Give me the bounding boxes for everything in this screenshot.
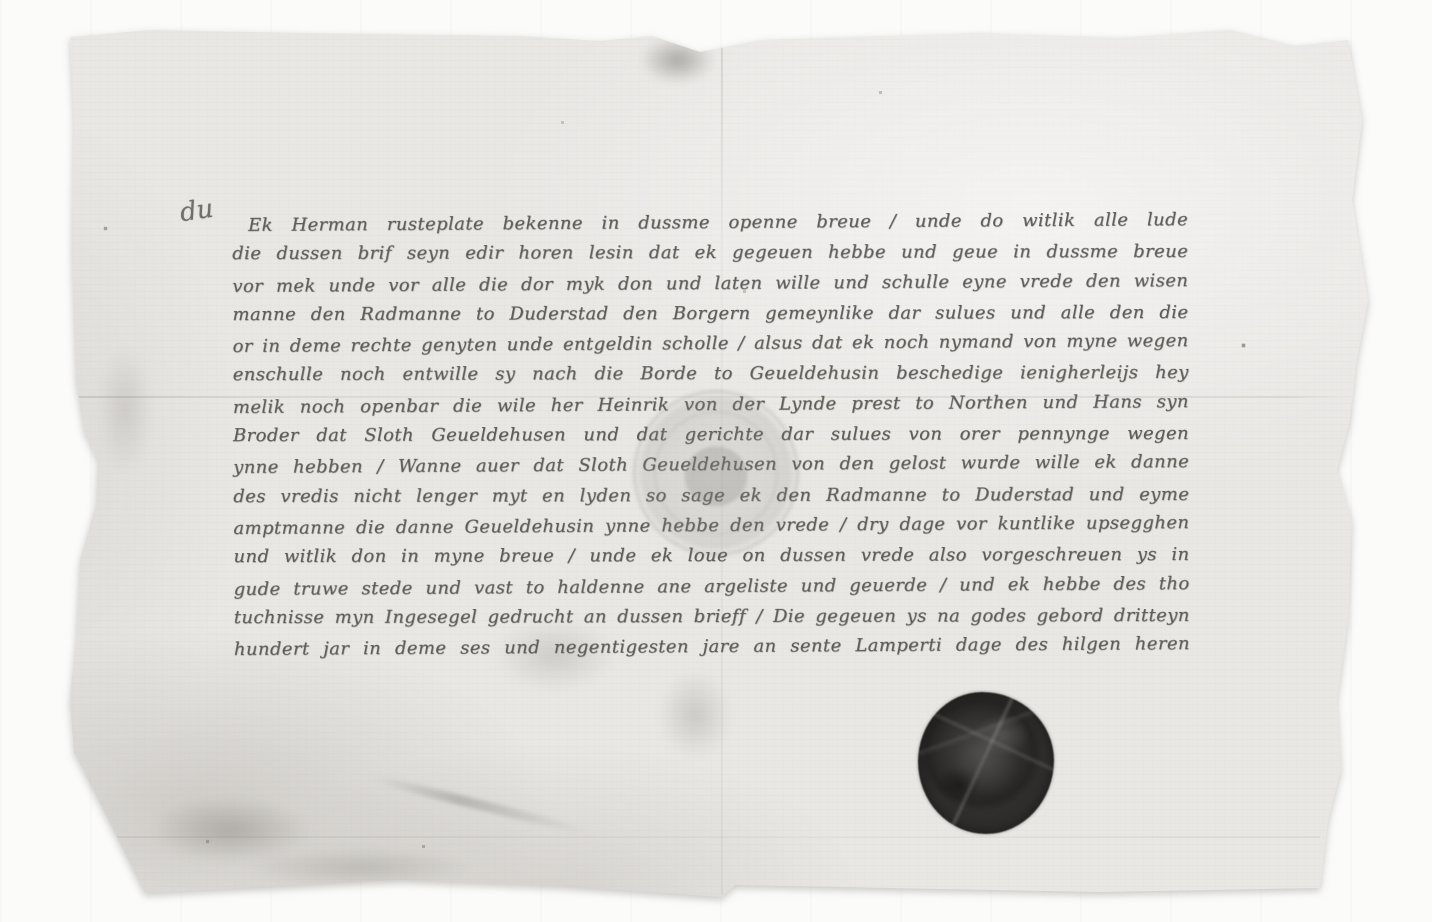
stain-bottom-smudge (230, 845, 490, 890)
text-line: die dussen brif seyn edir horen lesin da… (232, 237, 1188, 269)
scratch-mark (372, 774, 588, 837)
text-line: hundert jar in deme ses und negentigeste… (234, 629, 1190, 665)
stain-below-text (650, 660, 740, 770)
text-line: tuchnisse myn Ingesegel gedrucht an duss… (234, 601, 1190, 633)
text-line: Ek Herman rusteplate bekenne in dussme o… (232, 205, 1188, 241)
charter-paper-shadow: du Ek Herman rusteplate bekenne in dussm… (0, 0, 1432, 922)
charter-paper: du Ek Herman rusteplate bekenne in dussm… (0, 0, 1432, 922)
ink-speckles (0, 0, 1, 1)
seal-impression-ghost (633, 390, 799, 556)
text-line: vor mek unde vor alle die dor myk don un… (232, 266, 1188, 302)
photo-background: du Ek Herman rusteplate bekenne in dussm… (0, 0, 1432, 922)
bottom-fold-crease (80, 836, 1320, 838)
stain-left-edge (90, 330, 160, 490)
stain-bottom-left (130, 790, 330, 870)
text-line: or in deme rechte genyten unde entgeldin… (233, 326, 1189, 362)
text-line: gude truwe stede und vast to haldenne an… (234, 569, 1190, 605)
margin-note: du (178, 194, 215, 228)
text-line: enschulle noch entwille sy nach die Bord… (233, 358, 1189, 390)
wax-seal (918, 692, 1054, 834)
stain-top-center (630, 30, 725, 90)
text-line: manne den Radmanne to Duderstad den Borg… (232, 298, 1188, 330)
